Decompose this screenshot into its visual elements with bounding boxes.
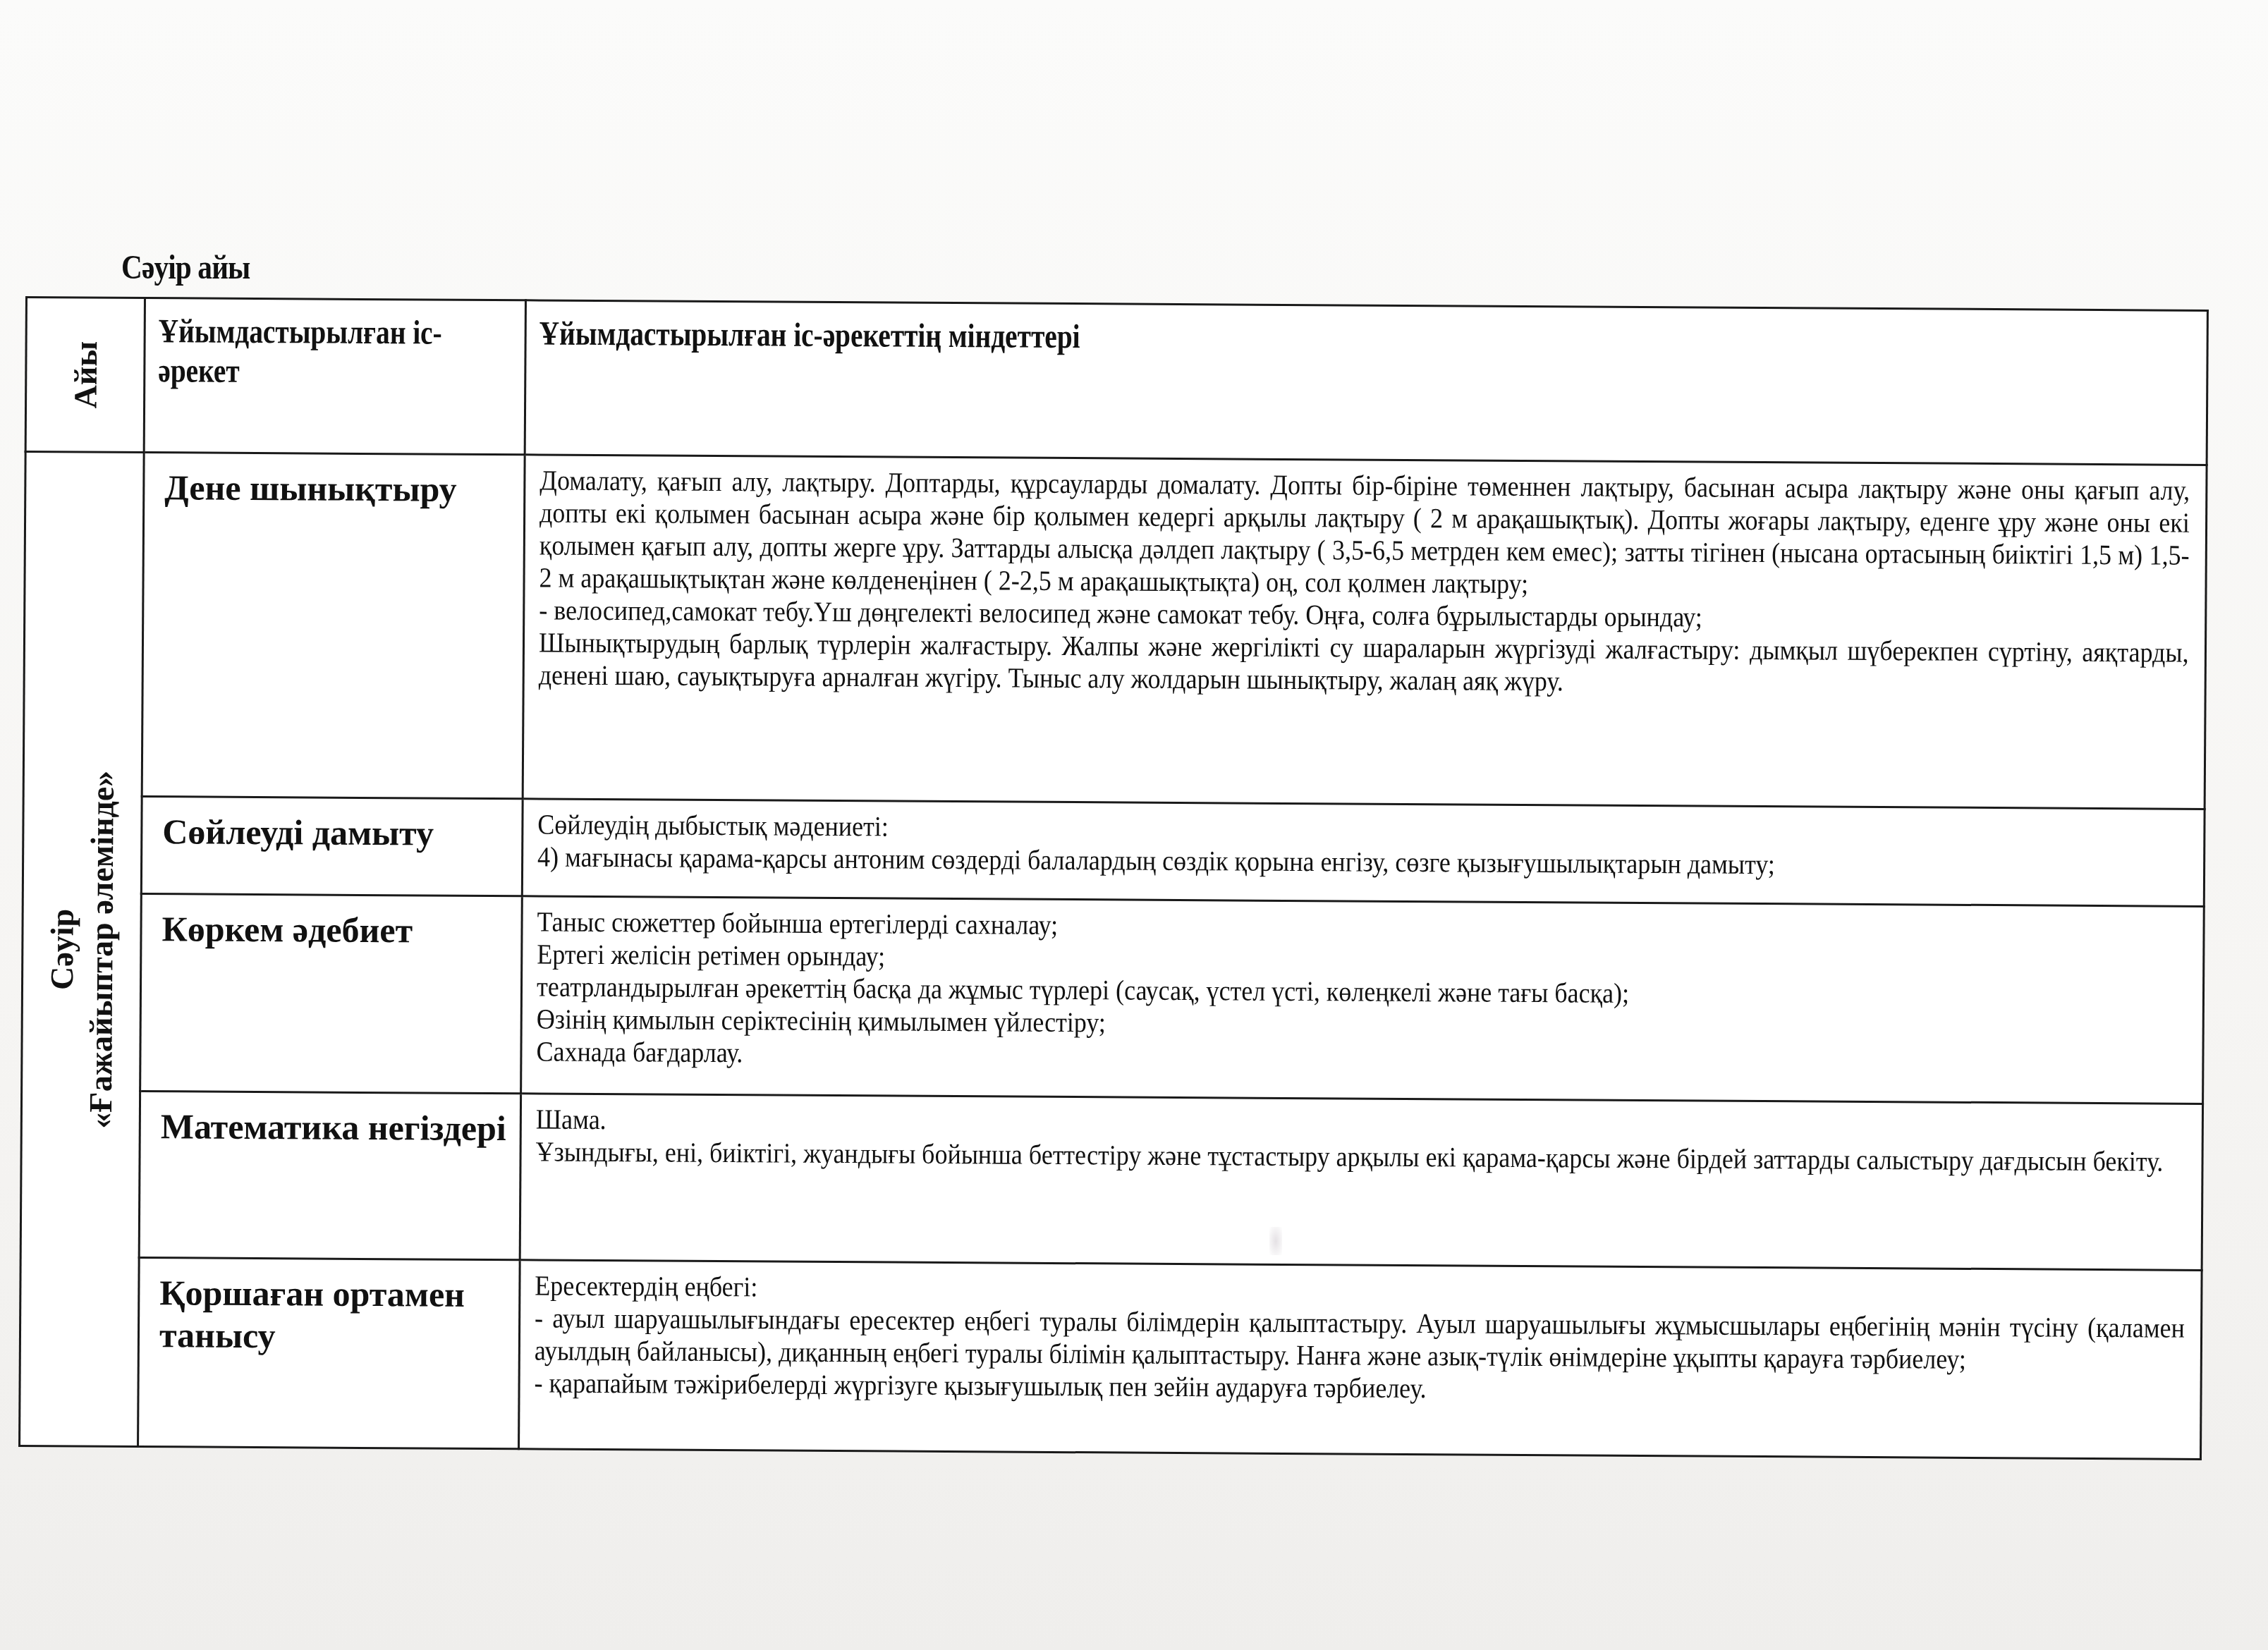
subject-cell: Сөйлеуді дамыту (141, 797, 523, 896)
header-month-cell: Айы (25, 298, 145, 453)
header-tasks-label: Ұйымдастырылған іс-әрекеттің міндеттері (539, 314, 1080, 357)
subject-cell: Математика негіздері (139, 1092, 520, 1260)
task-text: Шынықтырудың барлық түрлерін жалғастыру.… (539, 626, 2189, 701)
task-text: Домалату, қағып алу, лақтыру. Доптарды, … (539, 464, 2190, 604)
table-row: Сәуір «Ғажайыптар әлемінде» Дене шынықты… (23, 452, 2207, 809)
subject-cell: Дене шынықтыру (142, 453, 525, 799)
table-row: Қоршаған ортамен танысу Ересектердің еңб… (20, 1257, 2202, 1459)
header-tasks-cell: Ұйымдастырылған іс-әрекеттің міндеттері (525, 300, 2207, 465)
tasks-cell: Ересектердің еңбегі: - ауыл шаруашылығын… (519, 1260, 2202, 1460)
tasks-cell: Шама. Ұзындығы, ені, биіктігі, жуандығы … (520, 1094, 2202, 1271)
table-row: Математика негіздері Шама. Ұзындығы, ені… (20, 1090, 2202, 1270)
table-row: Сөйлеуді дамыту Сөйлеудің дыбыстық мәден… (23, 795, 2205, 906)
tasks-cell: Таныс сюжеттер бойынша ертегілерді сахна… (521, 896, 2205, 1104)
month-theme-cell: Сәуір «Ғажайыптар әлемінде» (20, 452, 145, 1447)
month-name: Сәуір (41, 770, 83, 1128)
scanned-page: Сәуір айы Айы Ұйымдастырылған іс-әрекет … (0, 0, 2268, 1650)
table-header-row: Айы Ұйымдастырылған іс-әрекет Ұйымдастыр… (25, 298, 2207, 465)
header-activity-cell: Ұйымдастырылған іс-әрекет (144, 298, 525, 455)
tasks-cell: Сөйлеудің дыбыстық мәдениеті: 4) мағынас… (522, 799, 2205, 907)
tasks-cell: Домалату, қағып алу, лақтыру. Доптарды, … (523, 455, 2207, 809)
header-activity-label: Ұйымдастырылған іс-әрекет (158, 312, 506, 393)
table-row: Көркем әдебиет Таныс сюжеттер бойынша ер… (22, 893, 2205, 1104)
task-text: - ауыл шаруашылығындағы ересектер еңбегі… (535, 1302, 2185, 1376)
theme-name: «Ғажайыптар әлемінде» (80, 770, 122, 1128)
month-theme-label: Сәуір «Ғажайыптар әлемінде» (41, 770, 122, 1128)
subject-cell: Көркем әдебиет (140, 894, 523, 1094)
paper-smudge (1269, 1227, 1282, 1255)
curriculum-table: Айы Ұйымдастырылған іс-әрекет Ұйымдастыр… (18, 296, 2209, 1460)
header-month-label: Айы (66, 341, 104, 409)
subject-cell: Қоршаған ортамен танысу (138, 1258, 520, 1449)
month-title: Сәуір айы (121, 248, 250, 287)
